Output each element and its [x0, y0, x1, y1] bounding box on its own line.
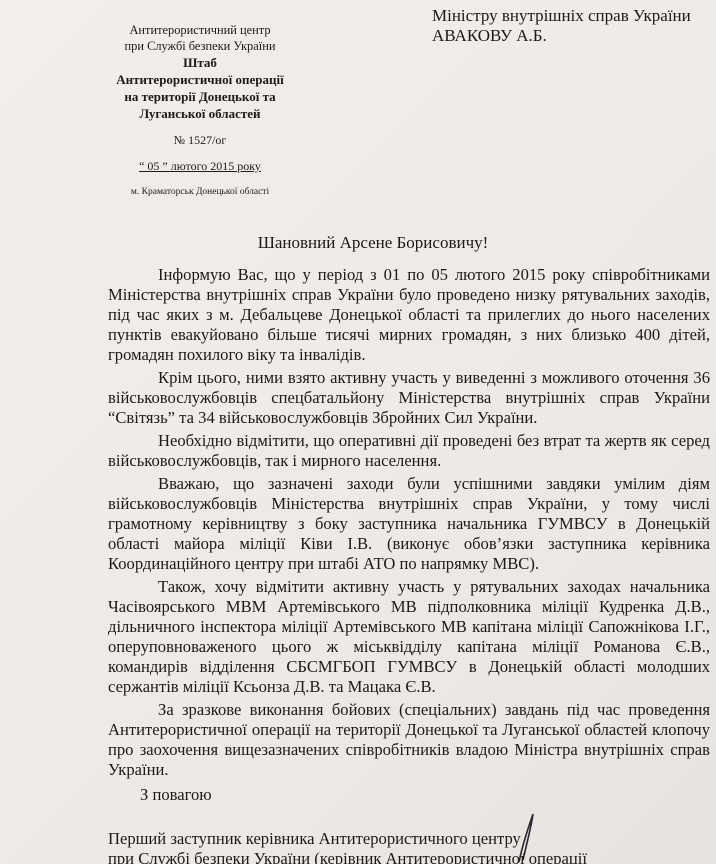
closing: З повагою: [140, 785, 212, 805]
sender-hq-line: Штаб: [100, 54, 300, 71]
salutation: Шановний Арсене Борисовичу!: [0, 233, 716, 253]
sender-header: Антитерористичний центр при Службі безпе…: [100, 22, 300, 200]
recipient-name: АВАКОВУ А.Б.: [432, 26, 691, 46]
sender-hq-line: Луганської областей: [100, 105, 300, 122]
handwritten-signature-icon: [507, 812, 547, 864]
recipient-title: Міністру внутрішніх справ України: [432, 6, 691, 26]
document-date: “ 05 ” лютого 2015 року: [100, 158, 300, 174]
sender-org-line: при Службі безпеки України: [100, 38, 300, 54]
body-paragraph: Необхідно відмітити, що оперативні дії п…: [108, 431, 710, 471]
signature-block: Перший заступник керівника Антитерористи…: [108, 829, 668, 864]
recipient-block: Міністру внутрішніх справ України АВАКОВ…: [432, 6, 691, 46]
sender-hq-line: на території Донецької та: [100, 88, 300, 105]
body-paragraph: Крім цього, ними взято активну участь у …: [108, 368, 710, 428]
sender-org-line: Антитерористичний центр: [100, 22, 300, 38]
signatory-title-line: при Службі безпеки України (керівник Ант…: [108, 849, 668, 864]
sender-hq-line: Антитерористичної операції: [100, 71, 300, 88]
letter-page: Антитерористичний центр при Службі безпе…: [0, 0, 716, 864]
document-number: № 1527/ог: [100, 132, 300, 148]
letter-body: Інформую Вас, що у період з 01 по 05 лют…: [108, 265, 710, 783]
body-paragraph: Також, хочу відмітити активну участь у р…: [108, 577, 710, 697]
signatory-title-line: Перший заступник керівника Антитерористи…: [108, 829, 668, 849]
body-paragraph: Вважаю, що зазначені заходи були успішни…: [108, 474, 710, 574]
document-city: м. Краматорськ Донецької області: [100, 184, 300, 200]
body-paragraph: Інформую Вас, що у період з 01 по 05 лют…: [108, 265, 710, 365]
body-paragraph: За зразкове виконання бойових (спеціальн…: [108, 700, 710, 780]
